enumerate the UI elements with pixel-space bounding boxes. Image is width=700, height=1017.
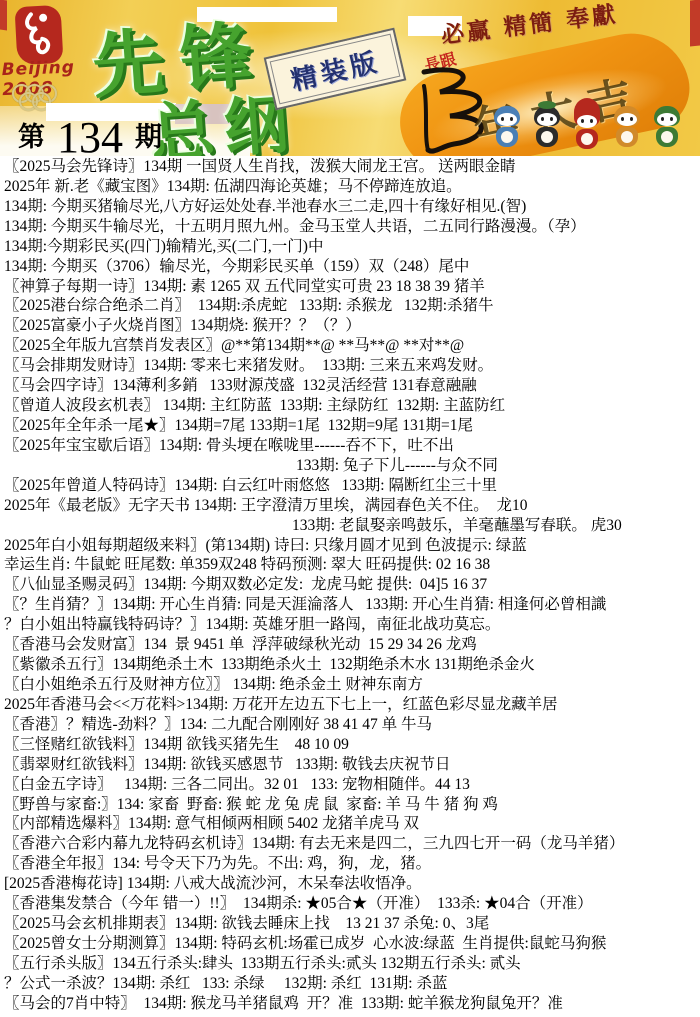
text-line: 〖三怪赌红欲钱料〗134期 欲钱买猪先生 48 10 09 [4, 735, 700, 755]
text-line: 〖马会排期发财诗〗134期: 零来七来猪发财。 133期: 三来五来鸡发财。 [4, 356, 700, 376]
text-line: 〖？生肖猜？〗134期: 开心生肖猜: 同是天涯淪落人 133期: 开心生肖猜:… [4, 595, 700, 615]
masthead: Beijing 2008 先锋 总纲 精装版 必赢 精簡 奉獻 長跟 年大吉 第… [0, 0, 700, 156]
issue-suffix: 期 [135, 122, 162, 153]
text-line: 〖2025富豪小子火烧肖图〗134期烧: 猴开？？（？） [4, 316, 700, 336]
text-line: ？公式一杀波？134期: 杀红 133: 杀绿 132期: 杀红 131期: 杀… [4, 974, 700, 994]
fuwa-yingying-orange-icon [610, 100, 644, 154]
issue-number: 134 [57, 113, 123, 156]
text-line: 〖八仙显圣赐灵码〗134期: 今期双数必定发: 龙虎马蛇 提供: 04]5 16… [4, 575, 700, 595]
lottery-tip-sheet: Beijing 2008 先锋 总纲 精装版 必赢 精簡 奉獻 長跟 年大吉 第… [0, 0, 700, 1017]
issue-number-block: 第134期 [18, 112, 162, 156]
text-line: 2025年 新.老《藏宝图》134期: 伍湖四海论英雄；马不停蹄连放追。 [4, 177, 700, 197]
fuwa-beibei-blue-icon [490, 100, 524, 154]
text-line: 2025年《最老版》无字天书 134期: 王字澄清万里埃，满园春色关不住。 龙1… [4, 496, 700, 516]
fuwa-nini-green-icon [650, 100, 684, 154]
fuwa-jingjing-panda-icon [530, 100, 564, 154]
text-line: 〖2025马会先锋诗〗134期 一国贤人生肖找，泼猴大闹龙王宫。 送两眼金睛 [4, 157, 700, 177]
text-line: 〖野兽与家畜:〗134: 家畜 野畜: 猴 蛇 龙 兔 虎 鼠 家畜: 羊 马 … [4, 795, 700, 815]
text-line: 〖翡翠财红欲钱料〗134期: 欲钱买感恩节 133期: 敬钱去庆祝节日 [4, 755, 700, 775]
fuwa-huanhuan-red-icon [570, 100, 604, 154]
text-line: 〖2025年宝宝歇后语〗134期: 骨头埂在喉咙里------吞不下，吐不出 [4, 436, 700, 456]
text-line: 134期: 今期买猪输尽光,八方好运处处春.半池春水三二走,四十有缘好相见.(智… [4, 197, 700, 217]
issue-prefix: 第 [18, 122, 45, 153]
text-line: 133期: 老鼠娶亲鸣鼓乐，羊毫蘸墨写春联。 虎30 [4, 516, 700, 536]
corner-red-left [0, 0, 7, 30]
text-line: 〖香港马会发财富〗134 景 9451 单 浮萍破绿秋光动 15 29 34 2… [4, 635, 700, 655]
text-line: 〖紫徽杀五行〗134期绝杀土木 133期绝杀火土 132期绝杀木水 131期绝杀… [4, 655, 700, 675]
text-line: 〖2025港台综合绝杀二肖〗 134期:杀虎蛇 133期: 杀猴龙 132期:杀… [4, 296, 700, 316]
beijing-2008-seal-icon [15, 5, 64, 65]
text-line: 〖香港集发禁合（今年 错一）!!〗 134期杀: ★05合★（开准） 133杀:… [4, 894, 700, 914]
text-line: 〖2025马会玄机排期表〗134期: 欲钱去睡床上找 13 21 37 杀兔: … [4, 914, 700, 934]
corner-red-right [690, 0, 700, 47]
text-line: 〖2025年全年杀一尾★〗134期=7尾 133期=1尾 132期=9尾 131… [4, 416, 700, 436]
text-line: 〖五行杀头版〗134五行杀头:肆头 133期五行杀头:贰头 132期五行杀头: … [4, 954, 700, 974]
text-line: 〖马会的7肖中特〗 134期: 猴龙马羊猪鼠鸡 开？准 133期: 蛇羊猴龙狗鼠… [4, 994, 700, 1014]
text-line: 2025年香港马会<<万花料>134期: 万花开左边五下七上一，红蓝色彩尽显龙藏… [4, 695, 700, 715]
text-line: 〖白小姐绝杀五行及财神方位〗〗 134期: 绝杀金土 财神东南方 [4, 675, 700, 695]
edition-badge-label: 精装版 [287, 41, 383, 97]
text-line: [2025香港梅花诗] 134期: 八戒大战流沙河，木呆奉法收悟净。 [4, 874, 700, 894]
text-line: 〖白金五字诗〗 134期: 三各二同出。32 01 133: 宠物相随伴。44 … [4, 775, 700, 795]
text-line: 〖曾道人波段玄机表〗 134期: 主红防蓝 133期: 主绿防红 132期: 主… [4, 396, 700, 416]
text-line: 134期: 今期买牛输尽光，十五明月照九州。金马玉堂人共语，二五同行路漫漫。（孕… [4, 217, 700, 237]
text-line: 〖内部精选爆料〗134期: 意气相倾两相顾 5402 龙猪羊虎马 双 [4, 814, 700, 834]
text-line: ？白小姐出特赢钱特码诗？〗134期: 英雄牙胆一路闯，南征北战功莫忘。 [4, 615, 700, 635]
text-line: 134期: 今期买（3706）输尽光，今期彩民买单（159）双（248）尾中 [4, 257, 700, 277]
text-line: 〖神算子每期一诗〗134期: 素 1265 双 五代同堂实可贵 23 18 38… [4, 277, 700, 297]
text-line: 幸运生肖: 牛鼠蛇 旺尾数: 单359双248 特码预测: 翠大 旺码提供: 0… [4, 555, 700, 575]
body-lines: 〖2025马会先锋诗〗134期 一国贤人生肖找，泼猴大闹龙王宫。 送两眼金睛20… [4, 157, 700, 1014]
text-line: 〖2025曾女士分期测算〗134期: 特码玄机:场霍已成岁 心水波:绿蓝 生肖提… [4, 934, 700, 954]
text-line: 〖香港六合彩内幕九龙特码玄机诗〗134期: 有去无来是四二，三九四七开一码（龙马… [4, 834, 700, 854]
text-line: 〖香港全年报〗134: 号令天下乃为先。不出: 鸡，狗，龙，猪。 [4, 854, 700, 874]
mascots-row [490, 100, 695, 156]
text-line: 〖2025全年版九宫禁肖发表区〗@**第134期**@ **马**@ **对**… [4, 336, 700, 356]
text-line: 〖香港〗？精选-劲料？〗134: 二九配合刚刚好 38 41 47 单 牛马 [4, 715, 700, 735]
text-line: 2025年白小姐每期超级来料〗(第134期) 诗曰: 只缘月圆才见到 色波提示:… [4, 536, 700, 556]
text-line: 134期:今期彩民买(四门)输精光,买(二门,一门)中 [4, 237, 700, 257]
text-line: 〖2025年曾道人特码诗〗134期: 白云红叶雨悠悠 133期: 隔断红尘三十里 [4, 476, 700, 496]
text-line: 〖马会四字诗〗134薄利多銷 133财源茂盛 132灵活经营 131春意融融 [4, 376, 700, 396]
text-line: 133期: 兔子下儿------与众不同 [4, 456, 700, 476]
